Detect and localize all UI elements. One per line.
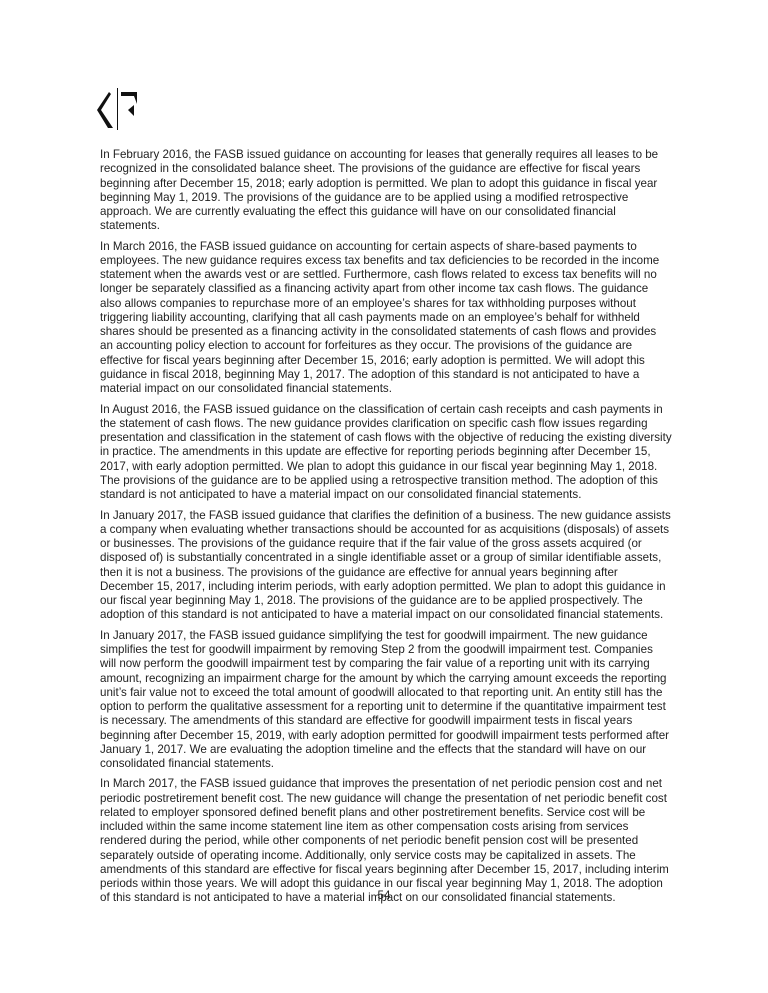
kf-logo-icon <box>96 88 140 130</box>
paragraph-cash-flow-classification: In August 2016, the FASB issued guidance… <box>100 403 672 503</box>
paragraph-pension-cost: In March 2017, the FASB issued guidance … <box>100 777 672 905</box>
paragraph-share-based-payments: In March 2016, the FASB issued guidance … <box>100 240 672 397</box>
document-page: In February 2016, the FASB issued guidan… <box>0 0 768 993</box>
document-body: In February 2016, the FASB issued guidan… <box>100 148 672 912</box>
paragraph-business-definition: In January 2017, the FASB issued guidanc… <box>100 509 672 623</box>
paragraph-lease-guidance: In February 2016, the FASB issued guidan… <box>100 148 672 234</box>
paragraph-goodwill-impairment: In January 2017, the FASB issued guidanc… <box>100 629 672 772</box>
page-number: 54 <box>0 889 768 902</box>
